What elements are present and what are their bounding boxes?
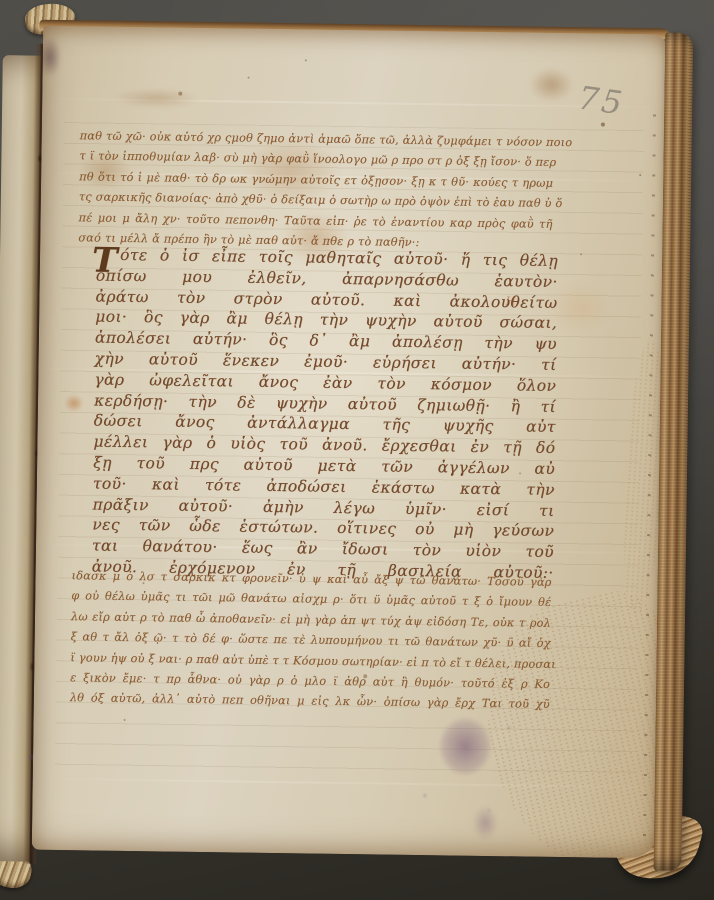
gospel-text-block: Τ ότε ὁ ἰσ εἶπε τοῖς μαθηταῖς αὐτοῦ· ἥ τ… xyxy=(92,244,559,583)
commentary-bottom-block: ιδασκ μ ὁ λσ τ σαρκικ κτ φρονεῖν· ὑ ψ κα… xyxy=(70,566,552,716)
stain xyxy=(100,85,212,113)
manuscript-page: 75 Η παθ τῶ χῶ· οὐκ αὐτό χρ ςμοθ ζημο ἀν… xyxy=(32,26,669,859)
gospel-lines: ότε ὁ ἰσ εἶπε τοῖς μαθηταῖς αὐτοῦ· ἥ τις… xyxy=(92,244,559,583)
stain xyxy=(520,60,583,109)
manuscript-photo: 75 Η παθ τῶ χῶ· οὐκ αὐτό χρ ςμοθ ζημο ἀν… xyxy=(0,0,714,900)
folio-number: 75 xyxy=(576,79,627,123)
purple-ink-stain xyxy=(420,703,509,806)
drop-initial: Τ xyxy=(92,240,118,280)
purple-ink-stain xyxy=(468,800,503,846)
commentary-top-block: παθ τῶ χῶ· οὐκ αὐτό χρ ςμοθ ζημο ἀντὶ ἁμ… xyxy=(78,126,554,255)
codex-book: 75 Η παθ τῶ χῶ· οὐκ αὐτό χρ ςμοθ ζημο ἀν… xyxy=(0,15,703,879)
foxing-dots xyxy=(43,26,45,28)
